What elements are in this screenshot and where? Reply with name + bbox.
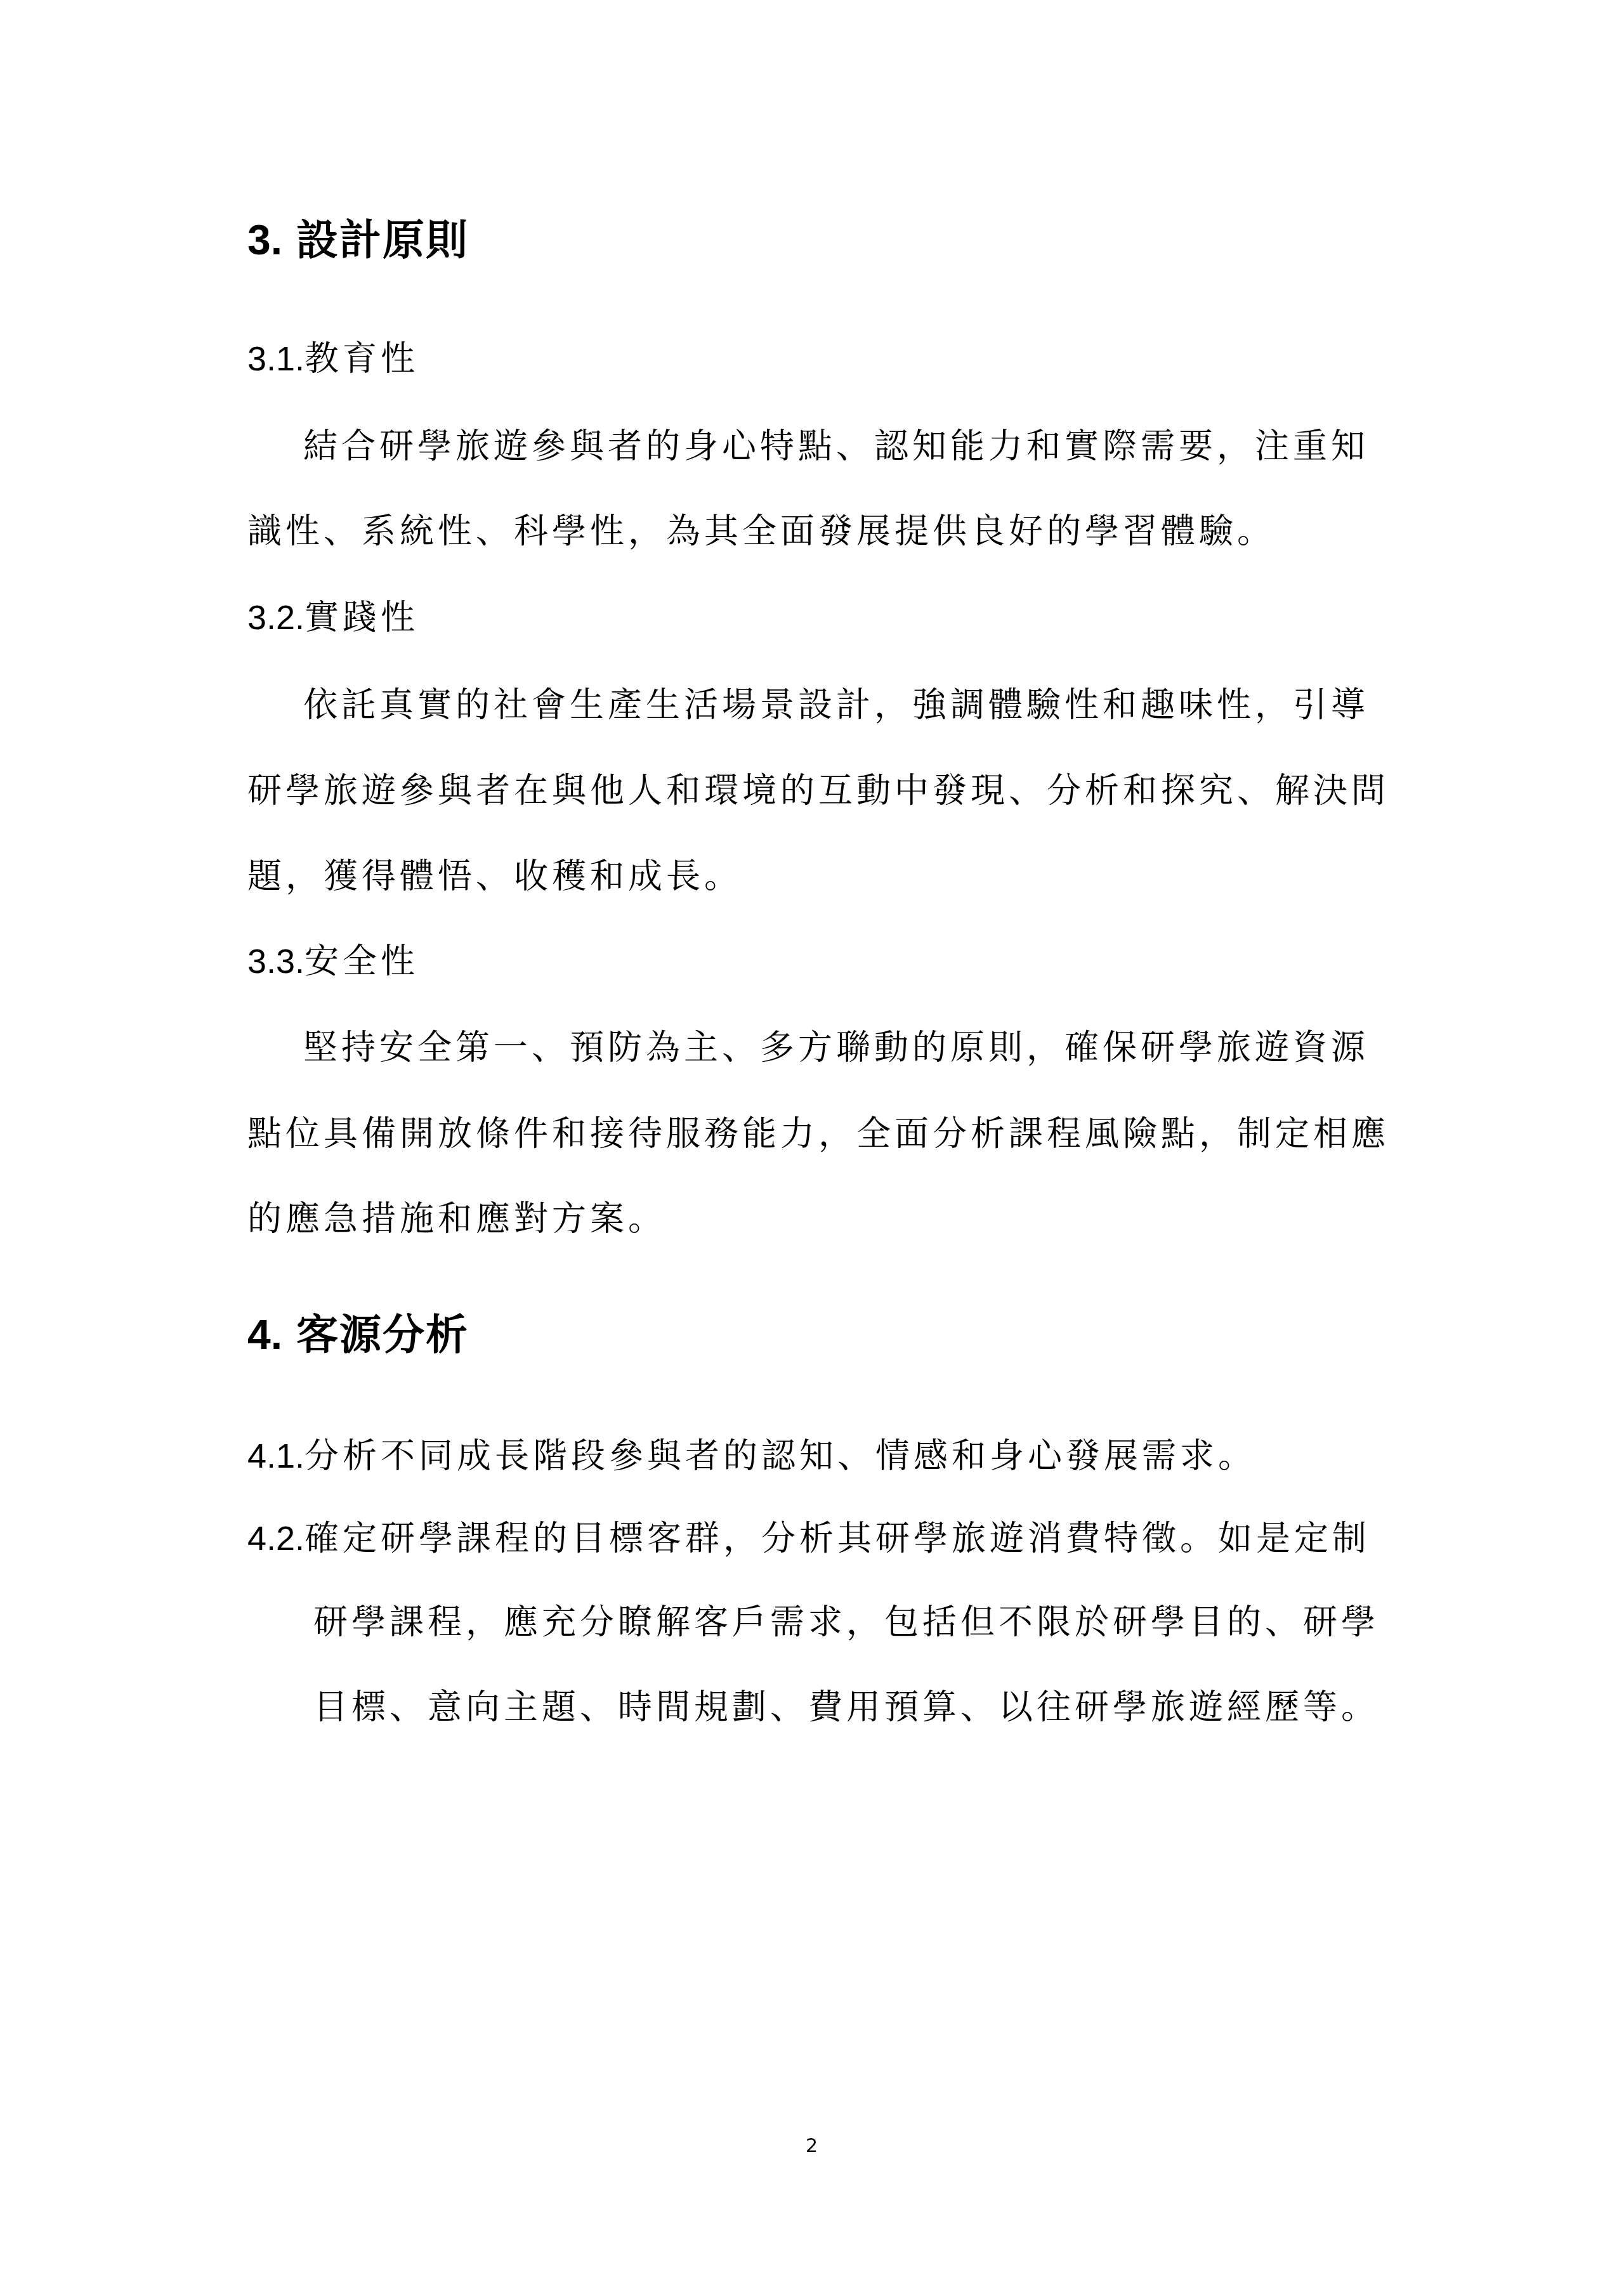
section-heading-3: 3.設計原則: [247, 216, 469, 264]
section-number: 3.: [247, 216, 282, 263]
subsection-label: 3.3.: [247, 943, 304, 981]
list-item-continuation: 目標、意向主題、時間規劃、費用預算、以往研學旅遊經歷等。: [313, 1687, 1379, 1728]
paragraph-line: 研學旅遊參與者在與他人和環境的互動中發現、分析和探究、解決問: [247, 771, 1389, 811]
subsection-label: 3.2.: [247, 599, 304, 637]
section-title: 客源分析: [296, 1310, 469, 1359]
section-heading-4: 4.客源分析: [247, 1310, 469, 1359]
subsection-title: 教育性: [304, 339, 419, 379]
page-number: 2: [806, 2135, 818, 2157]
subsection-heading-3-3: 3.3.安全性: [247, 941, 419, 982]
subsection-title: 安全性: [304, 941, 419, 981]
subsection-heading-3-2: 3.2.實踐性: [247, 597, 419, 638]
paragraph-line: 點位具備開放條件和接待服務能力，全面分析課程風險點，制定相應: [247, 1114, 1389, 1154]
list-item-4-2: 4.2.確定研學課程的目標客群，分析其研學旅遊消費特徵。如是定制: [247, 1518, 1370, 1559]
paragraph-line: 題，獲得體悟、收穫和成長。: [247, 856, 742, 897]
section-title: 設計原則: [296, 216, 469, 264]
section-number: 4.: [247, 1311, 282, 1358]
subsection-heading-3-1: 3.1.教育性: [247, 339, 419, 379]
paragraph-line: 依託真實的社會生產生活場景設計，強調體驗性和趣味性，引導: [303, 685, 1369, 726]
list-item-continuation: 研學課程，應充分瞭解客戶需求，包括但不限於研學目的、研學: [313, 1602, 1379, 1643]
document-page: 3.設計原則 3.1.教育性 結合研學旅遊參與者的身心特點、認知能力和實際需要，…: [0, 0, 1624, 2296]
item-text: 分析不同成長階段參與者的認知、情感和身心發展需求。: [304, 1436, 1256, 1476]
list-item-4-1: 4.1.分析不同成長階段參與者的認知、情感和身心發展需求。: [247, 1436, 1256, 1477]
item-label: 4.1.: [247, 1437, 304, 1475]
paragraph-line: 堅持安全第一、預防為主、多方聯動的原則，確保研學旅遊資源: [303, 1027, 1369, 1068]
paragraph-line: 的應急措施和應對方案。: [247, 1199, 666, 1239]
paragraph-line: 結合研學旅遊參與者的身心特點、認知能力和實際需要，注重知: [303, 426, 1369, 467]
subsection-title: 實踐性: [304, 597, 419, 637]
item-label: 4.2.: [247, 1520, 304, 1558]
item-text: 確定研學課程的目標客群，分析其研學旅遊消費特徵。如是定制: [304, 1518, 1370, 1558]
subsection-label: 3.1.: [247, 340, 304, 378]
paragraph-line: 識性、系統性、科學性，為其全面發展提供良好的學習體驗。: [247, 511, 1275, 552]
